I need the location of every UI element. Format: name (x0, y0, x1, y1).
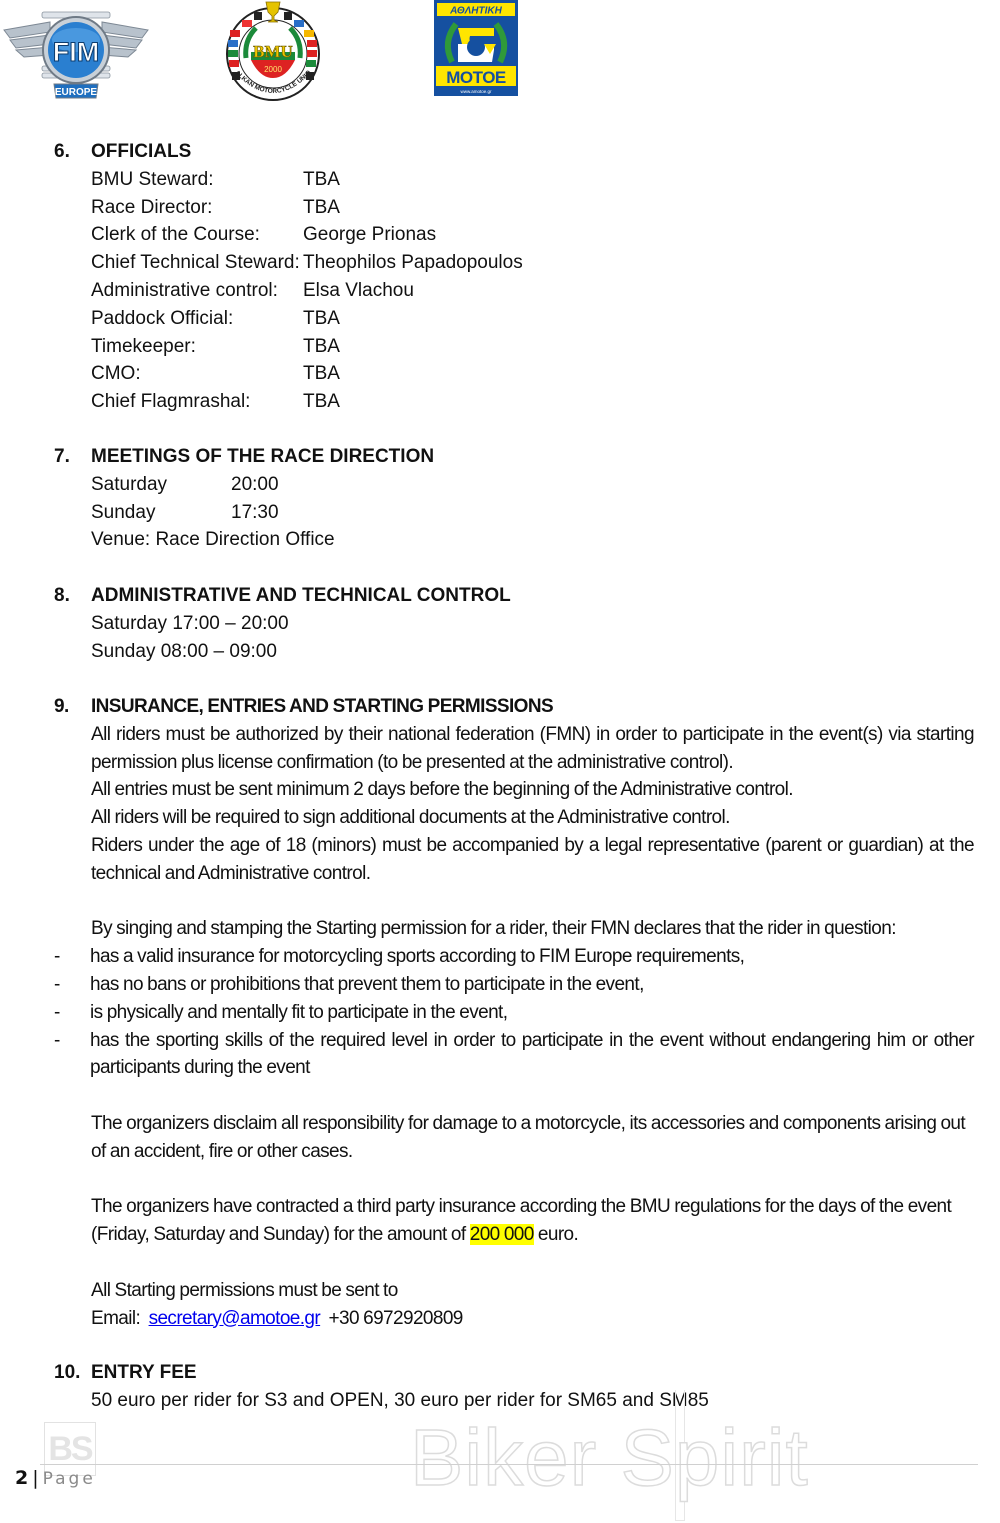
official-name: TBA (303, 305, 340, 333)
official-name: TBA (303, 388, 340, 416)
amotoe-logo: ΑΘΛΗΤΙΚΗ MOTOE www.amotoe.gr (434, 0, 518, 96)
declaration-item: -has the sporting skills of the required… (91, 1027, 974, 1083)
official-row: Timekeeper:TBA (91, 333, 974, 361)
meeting-venue: Venue: Race Direction Office (91, 526, 974, 554)
section-title: ENTRY FEE (91, 1362, 197, 1383)
fim-europe-logo: FIM EUROPE (2, 8, 150, 103)
official-name: George Prionas (303, 221, 436, 249)
official-role: Paddock Official: (91, 305, 303, 333)
official-row: Clerk of the Course:George Prionas (91, 221, 974, 249)
official-name: Elsa Vlachou (303, 277, 414, 305)
official-role: CMO: (91, 360, 303, 388)
meeting-time: 17:30 (231, 499, 279, 527)
officials-list: BMU Steward:TBARace Director:TBAClerk of… (91, 166, 974, 416)
declaration-text: has the sporting skills of the required … (90, 1027, 974, 1083)
official-row: Administrative control:Elsa Vlachou (91, 277, 974, 305)
meeting-row: Sunday 17:30 (91, 499, 974, 527)
page-word: Page (43, 1469, 96, 1489)
page-number: 2|Page (15, 1467, 96, 1489)
declaration-text: is physically and mentally fit to partic… (90, 999, 974, 1027)
section-title: MEETINGS OF THE RACE DIRECTION (91, 446, 434, 467)
declaration-intro: By singing and stamping the Starting per… (91, 915, 974, 943)
footer-divider (40, 1464, 978, 1465)
section-heading: 10. ENTRY FEE (54, 1359, 974, 1387)
entries-deadline-paragraph: All entries must be sent minimum 2 days … (91, 776, 974, 804)
send-to-line: All Starting permissions must be sent to (91, 1277, 974, 1305)
section-title: INSURANCE, ENTRIES AND STARTING PERMISSI… (91, 696, 553, 717)
official-name: TBA (303, 360, 340, 388)
entry-fee-text: 50 euro per rider for S3 and OPEN, 30 eu… (91, 1387, 974, 1415)
official-row: Chief Flagmrashal:TBA (91, 388, 974, 416)
declaration-text: has no bans or prohibitions that prevent… (90, 971, 974, 999)
minors-paragraph: Riders under the age of 18 (minors) must… (91, 832, 974, 888)
section-title: OFFICIALS (91, 141, 191, 162)
email-link[interactable]: secretary@amotoe.gr (149, 1308, 321, 1329)
section-entry-fee: 10. ENTRY FEE 50 euro per rider for S3 a… (54, 1359, 974, 1415)
official-name: TBA (303, 166, 340, 194)
bullet-dash: - (54, 1027, 90, 1083)
official-role: BMU Steward: (91, 166, 303, 194)
insurance-amount-highlight: 200 000 (470, 1224, 534, 1245)
official-role: Race Director: (91, 194, 303, 222)
section-number: 7. (54, 443, 70, 471)
bullet-dash: - (54, 971, 90, 999)
watermark-text: Biker Spirit (410, 1412, 809, 1504)
section-number: 8. (54, 582, 70, 610)
meeting-day: Saturday (91, 471, 231, 499)
header-logos: FIM EUROPE BMU 2000 (0, 0, 1000, 110)
official-row: BMU Steward:TBA (91, 166, 974, 194)
meeting-row: Saturday 20:00 (91, 471, 974, 499)
meeting-time: 20:00 (231, 471, 279, 499)
official-role: Chief Technical Steward: (91, 249, 303, 277)
svg-text:MOTOE: MOTOE (446, 68, 506, 87)
svg-text:BMU: BMU (253, 42, 293, 61)
svg-text:ΑΘΛΗΤΙΚΗ: ΑΘΛΗΤΙΚΗ (449, 6, 502, 17)
section-number: 10. (54, 1359, 80, 1387)
section-admin-control: 8. ADMINISTRATIVE AND TECHNICAL CONTROL … (54, 582, 974, 665)
section-heading: 8. ADMINISTRATIVE AND TECHNICAL CONTROL (54, 582, 974, 610)
control-schedule-line: Sunday 08:00 – 09:00 (91, 638, 974, 666)
phone-number: +30 6972920809 (329, 1308, 463, 1329)
meeting-day: Sunday (91, 499, 231, 527)
declaration-item: -has no bans or prohibitions that preven… (91, 971, 974, 999)
svg-text:2000: 2000 (264, 65, 282, 74)
declaration-item: -has a valid insurance for motorcycling … (91, 943, 974, 971)
disclaimer-paragraph: The organizers disclaim all responsibili… (91, 1110, 974, 1166)
official-row: CMO:TBA (91, 360, 974, 388)
section-heading: 7. MEETINGS OF THE RACE DIRECTION (54, 443, 974, 471)
official-row: Paddock Official:TBA (91, 305, 974, 333)
documents-paragraph: All riders will be required to sign addi… (91, 804, 974, 832)
page-separator: | (32, 1467, 38, 1489)
official-role: Timekeeper: (91, 333, 303, 361)
svg-text:www.amotoe.gr: www.amotoe.gr (460, 89, 492, 94)
section-heading: 9. INSURANCE, ENTRIES AND STARTING PERMI… (54, 693, 974, 721)
control-schedule-line: Saturday 17:00 – 20:00 (91, 610, 974, 638)
svg-text:EUROPE: EUROPE (55, 87, 98, 98)
bullet-dash: - (54, 943, 90, 971)
bullet-dash: - (54, 999, 90, 1027)
section-number: 9. (54, 693, 69, 721)
official-role: Administrative control: (91, 277, 303, 305)
page-number-value: 2 (15, 1467, 28, 1489)
section-insurance: 9. INSURANCE, ENTRIES AND STARTING PERMI… (54, 693, 974, 1332)
official-name: Theophilos Papadopoulos (303, 249, 523, 277)
section-heading: 6. OFFICIALS (54, 138, 974, 166)
official-row: Chief Technical Steward:Theophilos Papad… (91, 249, 974, 277)
svg-text:FIM: FIM (53, 37, 100, 67)
official-role: Chief Flagmrashal: (91, 388, 303, 416)
official-role: Clerk of the Course: (91, 221, 303, 249)
declaration-text: has a valid insurance for motorcycling s… (90, 943, 974, 971)
section-officials: 6. OFFICIALS BMU Steward:TBARace Directo… (54, 138, 974, 416)
official-row: Race Director:TBA (91, 194, 974, 222)
third-party-insurance-paragraph: The organizers have contracted a third p… (91, 1193, 974, 1249)
section-number: 6. (54, 138, 70, 166)
section-meetings: 7. MEETINGS OF THE RACE DIRECTION Saturd… (54, 443, 974, 554)
declaration-list: -has a valid insurance for motorcycling … (91, 943, 974, 1082)
authorization-paragraph: All riders must be authorized by their n… (91, 721, 974, 777)
official-name: TBA (303, 194, 340, 222)
declaration-item: -is physically and mentally fit to parti… (91, 999, 974, 1027)
bmu-logo: BMU 2000 BALKAN MOTORCYCLE UNION (216, 0, 330, 102)
official-name: TBA (303, 333, 340, 361)
email-label: Email: (91, 1308, 140, 1329)
section-title: ADMINISTRATIVE AND TECHNICAL CONTROL (91, 585, 511, 606)
contact-line: Email: secretary@amotoe.gr +30 697292080… (91, 1305, 974, 1333)
